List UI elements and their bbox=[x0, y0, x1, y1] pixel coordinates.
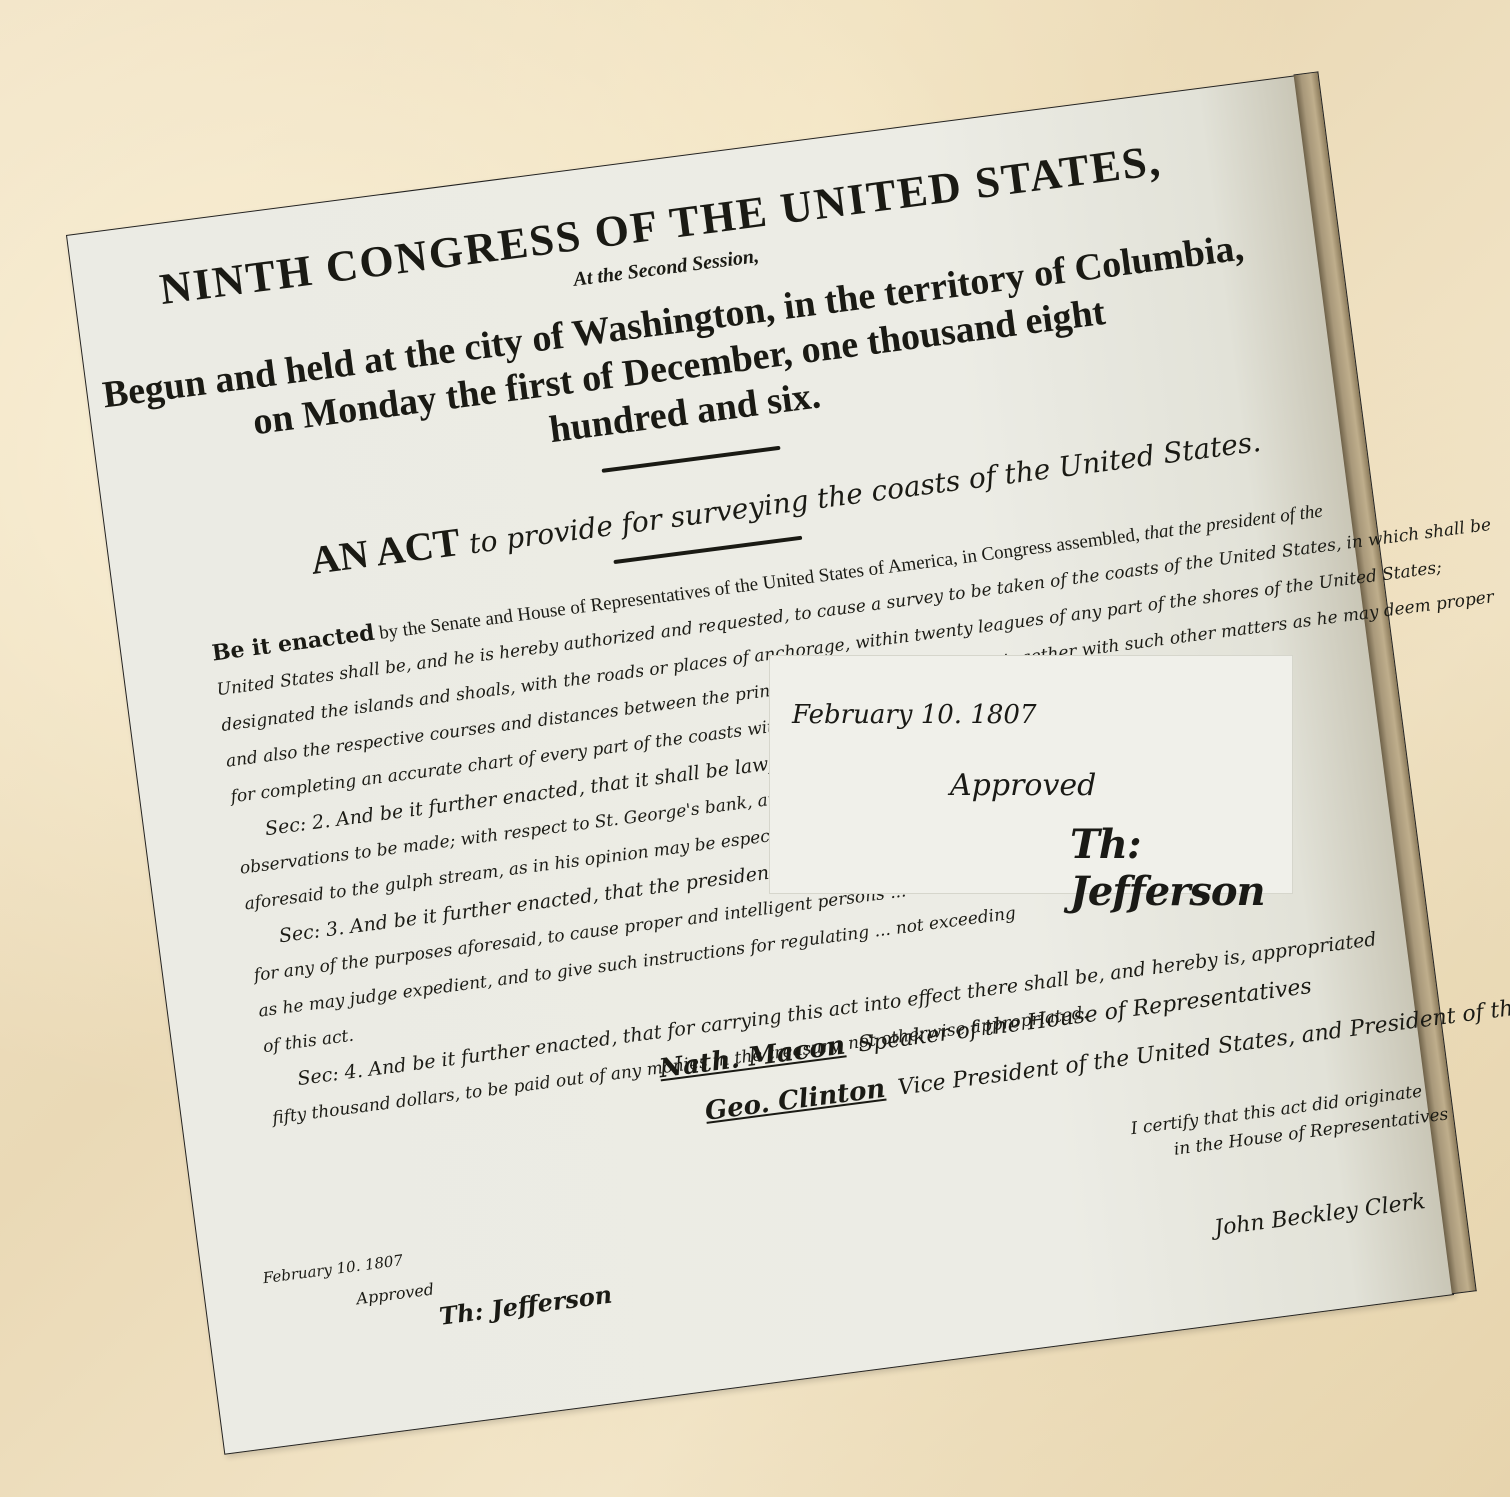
act-title-prefix: AN ACT bbox=[308, 519, 462, 583]
clerk-signature: John Beckley Clerk bbox=[1213, 1189, 1427, 1241]
divider-rule-top bbox=[602, 446, 781, 473]
inset-date: February 10. 1807 bbox=[792, 700, 1037, 730]
clerk-certification: I certify that this act did originate in… bbox=[1129, 1076, 1450, 1168]
approval-inset-enlargement: February 10. 1807 Approved Th: Jefferson bbox=[769, 655, 1293, 894]
inset-approved: Approved bbox=[950, 768, 1096, 803]
inset-signature: Th: Jefferson bbox=[1070, 821, 1292, 915]
presidential-approval: February 10. 1807 Approved Th: Jefferson bbox=[262, 1225, 614, 1353]
